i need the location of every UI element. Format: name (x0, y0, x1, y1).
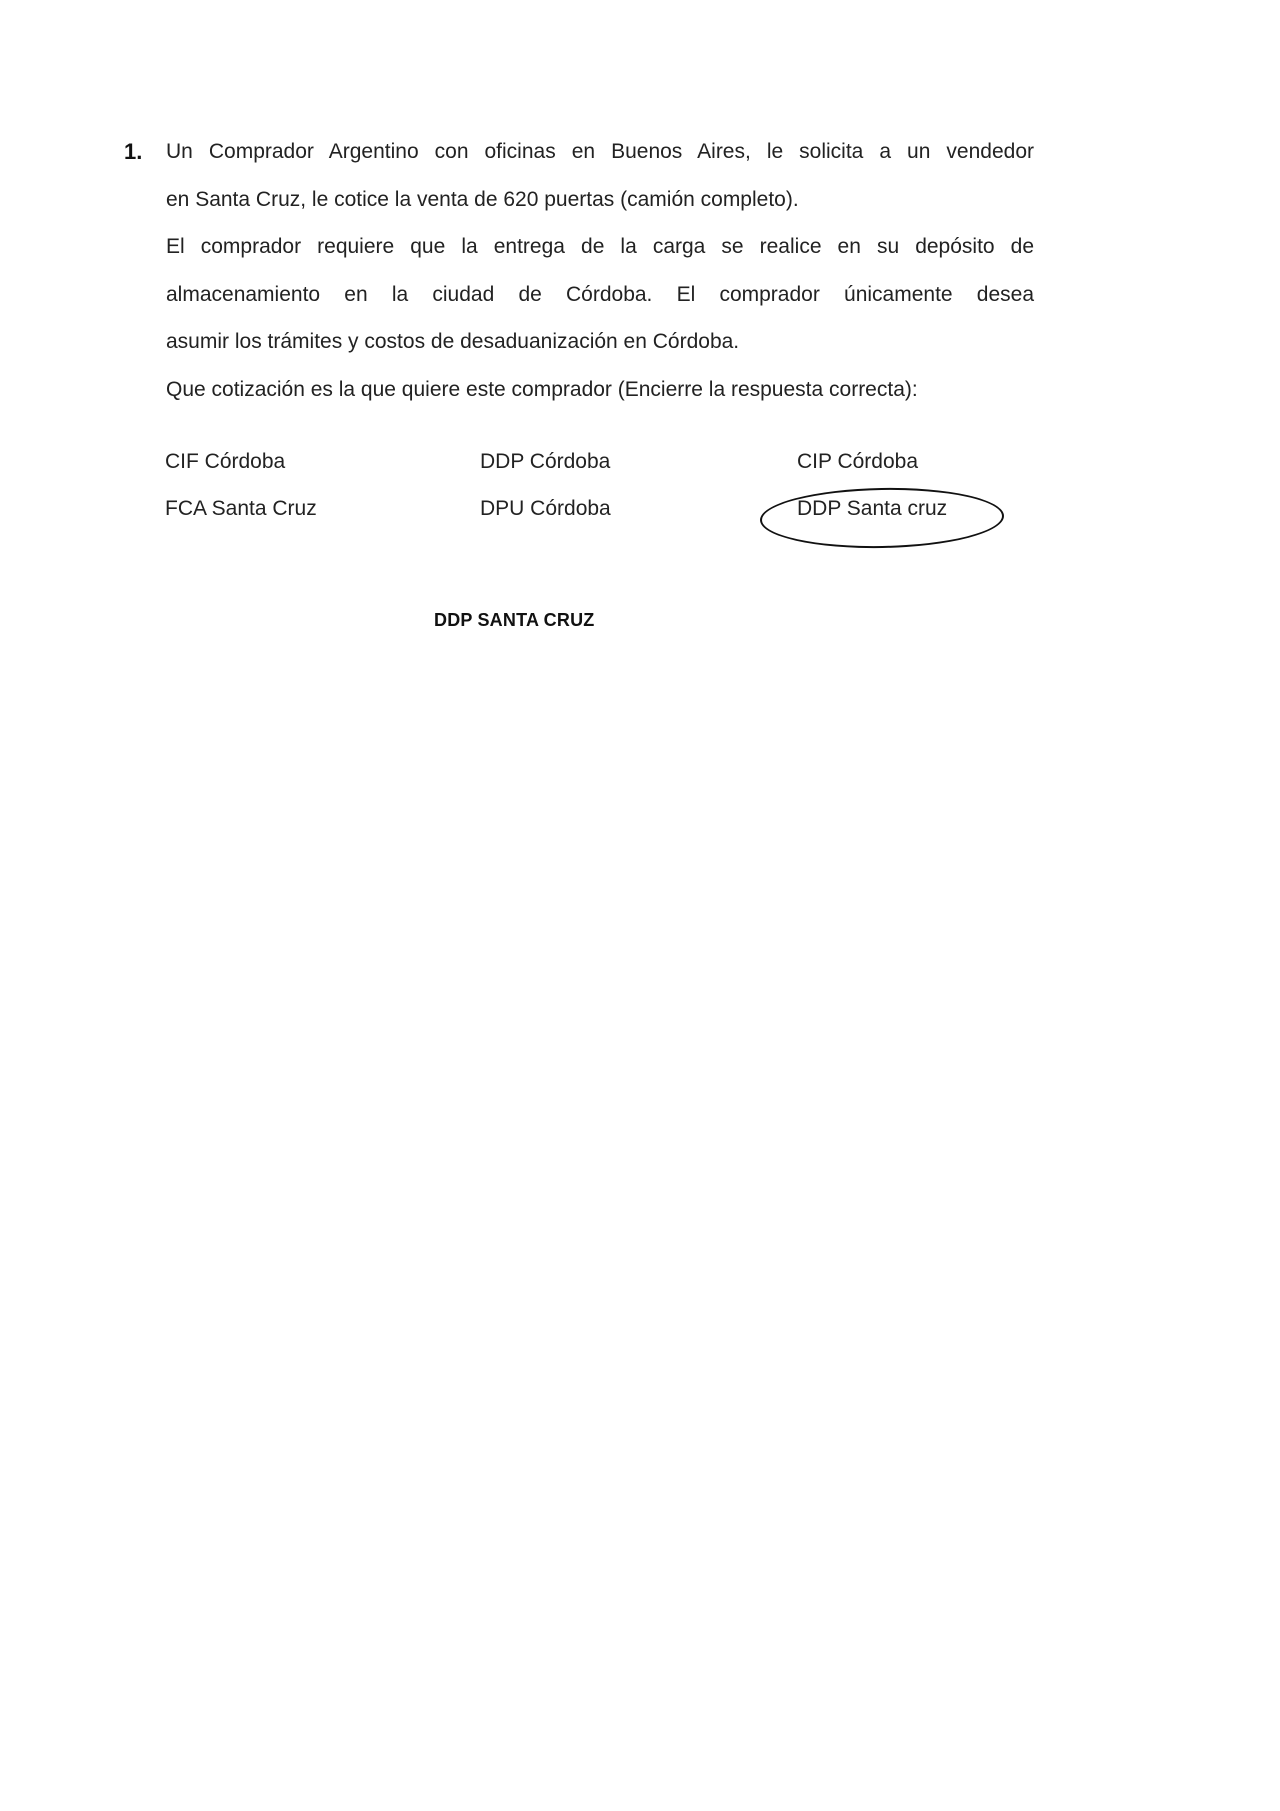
answer-text: DDP SANTA CRUZ (434, 608, 594, 632)
option-cip-cordoba: CIP Córdoba (797, 447, 918, 477)
option-dpu-cordoba: DPU Córdoba (480, 494, 611, 524)
document-page: 1. Un Comprador Argentino con oficinas e… (0, 0, 1280, 1811)
option-ddp-cordoba: DDP Córdoba (480, 447, 610, 477)
question-number: 1. (124, 137, 142, 167)
question-line: asumir los trámites y costos de desaduan… (166, 327, 1034, 375)
question-line: Que cotización es la que quiere este com… (166, 375, 1034, 423)
question-line: en Santa Cruz, le cotice la venta de 620… (166, 185, 1034, 233)
question-text: Un Comprador Argentino con oficinas en B… (166, 137, 1034, 422)
question-line: almacenamiento en la ciudad de Córdoba. … (166, 280, 1034, 328)
question-line: Un Comprador Argentino con oficinas en B… (166, 137, 1034, 185)
question-line: El comprador requiere que la entrega de … (166, 232, 1034, 280)
option-fca-santa-cruz: FCA Santa Cruz (165, 494, 317, 524)
option-cif-cordoba: CIF Córdoba (165, 447, 285, 477)
